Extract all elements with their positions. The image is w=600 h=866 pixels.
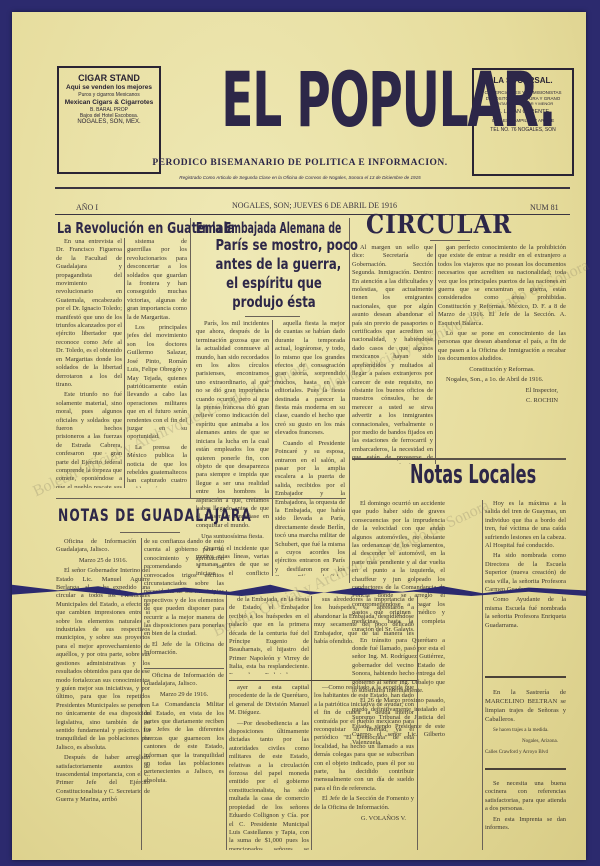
- ad-line: CIGAR STAND: [61, 73, 157, 84]
- paragraph: sistema de guerrillas por los revolucion…: [127, 238, 187, 322]
- article-embajada-col2: aquella fiesta la mejor de cuantas se ha…: [275, 320, 345, 576]
- ad-line: NOGALES, SON, MEX.: [61, 119, 157, 127]
- article-guadalajara-col3: Oficina de Información de Guadalajara, J…: [144, 672, 224, 850]
- year-label: AÑO I: [76, 203, 98, 212]
- article-guatemala-col2: sistema de guerrillas por los revolucion…: [127, 238, 187, 488]
- paragraph: Constitución y Reformas.: [438, 366, 566, 374]
- article-embajada-cont2: sus alrededores la importancia de los hu…: [314, 596, 414, 674]
- headline-rule: [430, 240, 470, 241]
- paragraph: Lo que se pone en conocimiento de las pe…: [438, 330, 566, 364]
- signature-title: El Inspector,: [438, 387, 566, 395]
- column-divider: [435, 244, 436, 464]
- paragraph: La prensa de México publica la noticia d…: [127, 444, 187, 488]
- paragraph: Al margen un sello que dice: Secretaría …: [352, 244, 433, 464]
- paragraph: aquella fiesta la mejor de cuantas se ha…: [275, 320, 345, 438]
- article-notas-locales-col2: Hoy es la máxima a la salida del tren de…: [485, 500, 566, 670]
- ad-text: Nogales, Arizona.: [485, 737, 566, 746]
- headline-embajada-line: París se mostro, poco: [216, 236, 333, 254]
- paragraph: El Jefe de la Sección de Fomento y de la…: [314, 795, 414, 812]
- registration-notice: Registrado Como Articulo de Segunda Clas…: [0, 175, 600, 180]
- paragraph: —Por desobediencia a las disposiciones ú…: [229, 720, 309, 850]
- column-divider: [141, 538, 142, 850]
- paragraph: Los principales jefes del movimiento son…: [127, 324, 187, 442]
- header-rule-top: [55, 187, 570, 189]
- ad-divider: [485, 676, 566, 678]
- article-divider: [144, 668, 224, 669]
- headline-notas-guadalajara: NOTAS DE GUADALAJARA: [58, 506, 252, 526]
- column-divider: [190, 218, 191, 498]
- headline-rule: [245, 316, 300, 317]
- section-divider: [56, 498, 346, 499]
- headline-embajada-line: antes de la guerra,: [216, 255, 333, 273]
- paragraph: gan perfecto conocimiento de la prohibic…: [438, 244, 566, 328]
- paragraph: Nogales, Son., a 1o. de Abril de 1916.: [438, 376, 566, 384]
- ad-line: Mexican Cigars & Cigarrotes: [61, 99, 157, 107]
- article-guatemala-col1: En una entrevista el Dr. Francisco Figue…: [56, 238, 122, 488]
- paragraph: Marzo 29 de 1916.: [144, 691, 224, 699]
- article-divider: [229, 680, 417, 681]
- article-circular-col1: Al margen un sello que dice: Secretaría …: [352, 244, 433, 464]
- headline-embajada: En la Embajada Alemana de: [196, 219, 341, 237]
- signature: G. VOLAÑOS V.: [314, 815, 414, 823]
- ad-text: En esta Imprenta se dan informes.: [485, 816, 566, 830]
- column-divider: [272, 320, 273, 576]
- paragraph: Este triunfo no fué solamente material, …: [56, 391, 122, 488]
- headline-circular: CIRCULAR: [366, 210, 512, 240]
- column-divider: [124, 238, 125, 488]
- ad-cocinera: Se necesita una buena cocinera con refer…: [485, 780, 566, 830]
- paragraph: Después de haber arreglado satisfactoria…: [56, 754, 150, 804]
- headline-embajada-line: el espíritu que: [216, 274, 333, 292]
- ad-text: En la Sastrería de MARCELINO BELTRAN se …: [485, 688, 566, 724]
- ad-sastreria: En la Sastrería de MARCELINO BELTRAN se …: [485, 688, 566, 758]
- ad-text: Se hacen trajes a la medida.: [485, 726, 566, 735]
- ad-divider: [485, 768, 566, 770]
- headline-notas-locales: Notas Locales: [410, 460, 536, 490]
- paragraph: sus alrededores la importancia de los hu…: [314, 596, 414, 646]
- article-guadalajara-col1: Oficina de Información de Guadalajara, J…: [56, 538, 150, 850]
- paragraph: Cuando el Presidente Poincaré y su espos…: [275, 440, 345, 576]
- paragraph: El Jefe de la Oficina de Información.: [144, 641, 224, 658]
- ad-text: Calles Crawford y Arroyo Blvd: [485, 748, 566, 757]
- paragraph: Oficina de Información de Guadalajara, J…: [144, 672, 224, 689]
- article-embajada-cont1: de la Embajada, en la fiesta de Estado, …: [229, 596, 309, 674]
- signature-name: C. ROCHIN: [438, 397, 566, 405]
- paragraph: Marzo 25 de 1916.: [56, 557, 150, 565]
- issue-number: NUM 81: [530, 203, 559, 212]
- ad-text: Se necesita una buena cocinera con refer…: [485, 780, 566, 814]
- column-divider: [349, 218, 350, 583]
- article-guadalajara-col5: —Como resultado a la acogida que los hab…: [314, 684, 414, 850]
- article-guadalajara-col4: ayer a esta capital procedente de la de …: [229, 684, 309, 850]
- dateline: NOGALES, SON; JUEVES 6 DE ABRIL DE 1916: [232, 201, 397, 210]
- paragraph: —Como resultado a la acogida que los hab…: [314, 684, 414, 793]
- headline-embajada-line: produjo ésta: [216, 293, 333, 311]
- column-divider: [226, 590, 227, 850]
- column-divider: [482, 500, 483, 850]
- column-divider: [311, 596, 312, 850]
- paragraph: La Comandancia Militar del Estado, en vi…: [144, 701, 224, 785]
- paragraph: Como Ayudante de la misma Escuela fué no…: [485, 596, 566, 630]
- ad-line: Aqui se venden los mejores: [61, 84, 157, 92]
- paragraph: de la Embajada, en la fiesta de Estado, …: [229, 596, 309, 674]
- newspaper-title: EL POPULAR.: [221, 62, 388, 138]
- paragraph: En una entrevista el Dr. Francisco Figue…: [56, 238, 122, 389]
- paragraph: Hoy es la máxima a la salida del tren de…: [485, 500, 566, 550]
- newspaper-subtitle: PERODICO BISEMANARIO DE POLITICA E INFOR…: [0, 158, 600, 168]
- column-divider: [417, 596, 418, 850]
- headline-rule: [120, 532, 180, 533]
- paragraph: Oficina de Información de Guadalajara, J…: [56, 538, 150, 555]
- article-guadalajara-col2: su confianza dando de esto cuenta al gob…: [144, 538, 224, 658]
- paragraph: ayer a esta capital procedente de la de …: [229, 684, 309, 718]
- article-circular-col2: gan perfecto conocimiento de la prohibic…: [438, 244, 566, 464]
